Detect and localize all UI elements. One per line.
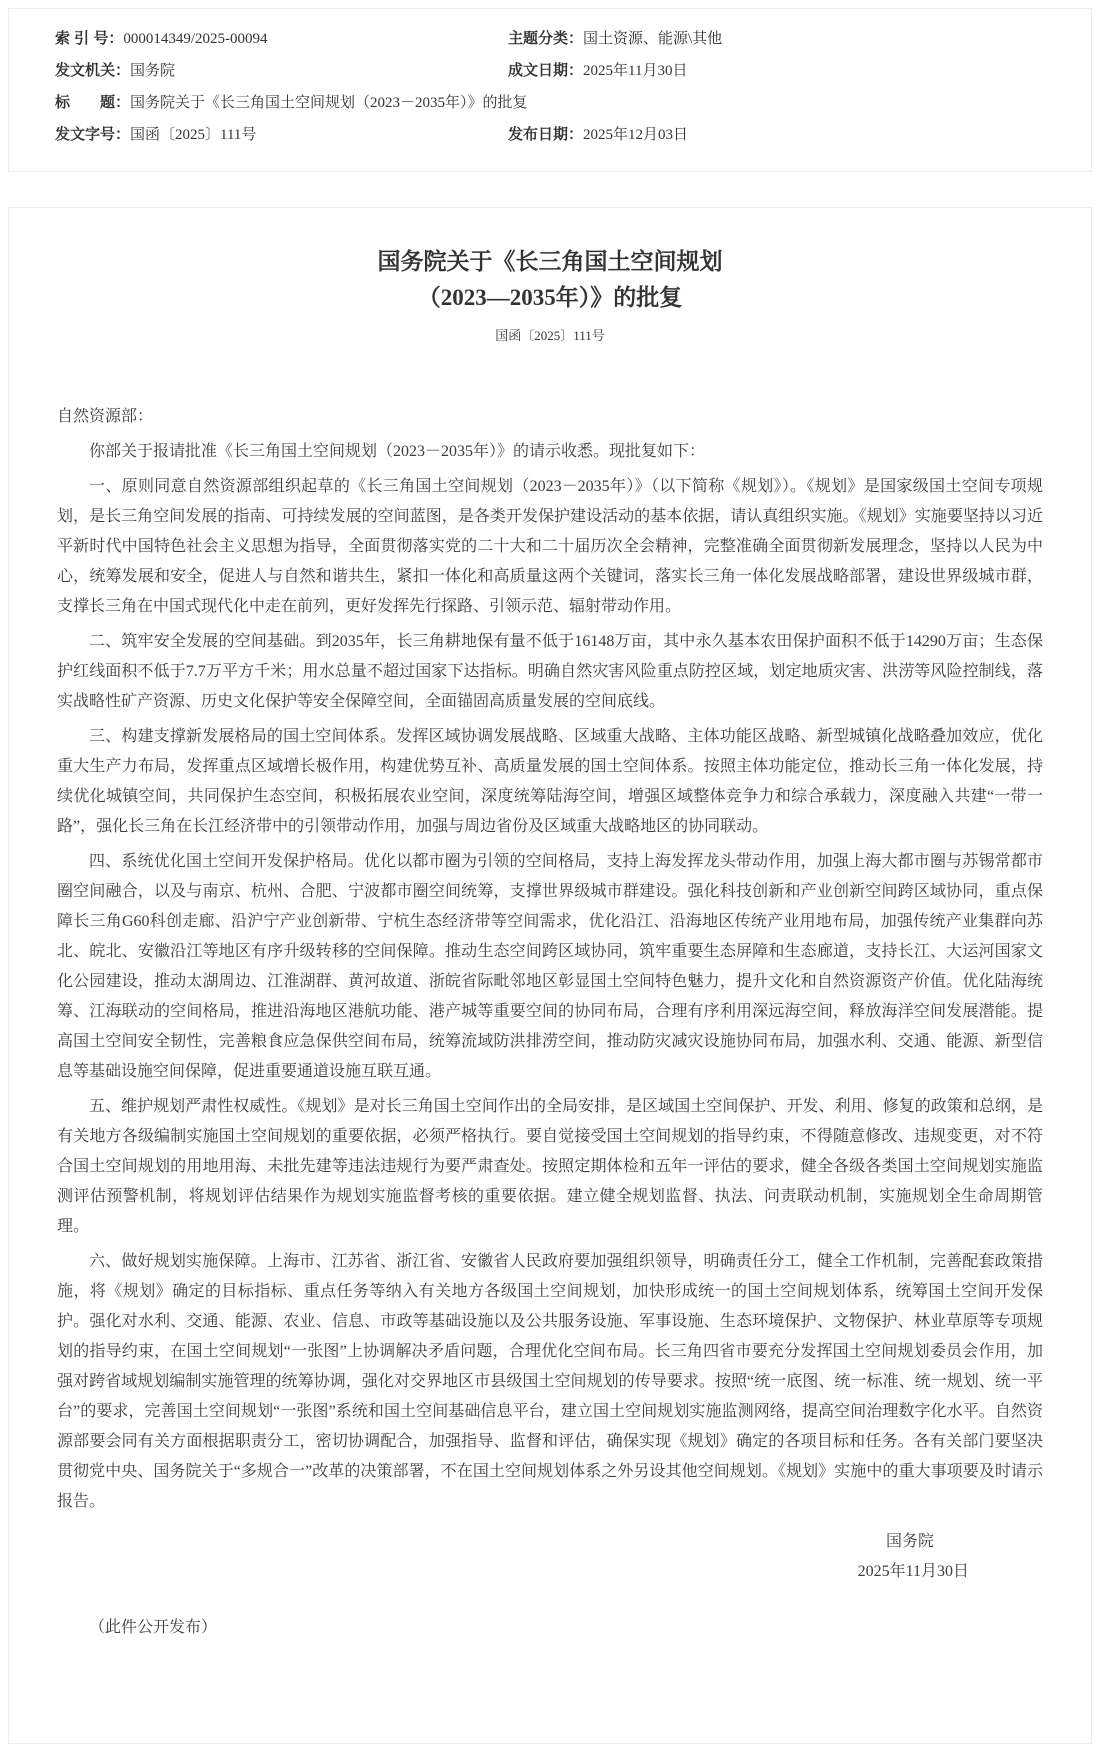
- meta-cell-signed-date: 成文日期： 2025年11月30日: [508, 55, 1045, 87]
- meta-value-index-number: 000014349/2025-00094: [123, 23, 267, 55]
- meta-value-signed-date: 2025年11月30日: [583, 55, 687, 87]
- meta-row: 索 引 号： 000014349/2025-00094 主题分类： 国土资源、能…: [55, 23, 1045, 55]
- document-title: 国务院关于《长三角国土空间规划 （2023—2035年）》的批复: [57, 244, 1043, 316]
- meta-value-publish-date: 2025年12月03日: [583, 119, 688, 151]
- body-paragraph-5: 五、维护规划严肃性权威性。《规划》是对长三角国土空间作出的全局安排，是区域国土空…: [57, 1092, 1043, 1242]
- meta-label-publish-date: 发布日期：: [508, 119, 583, 151]
- document-info-panel: 索 引 号： 000014349/2025-00094 主题分类： 国土资源、能…: [8, 8, 1092, 172]
- meta-cell-index-number: 索 引 号： 000014349/2025-00094: [55, 23, 508, 55]
- meta-label-document-symbol: 发文字号：: [55, 119, 130, 151]
- document-title-line1: 国务院关于《长三角国土空间规划: [57, 244, 1043, 280]
- meta-row: 标 题： 国务院关于《长三角国土空间规划（2023－2035年）》的批复: [55, 87, 1045, 119]
- meta-row: 发文机关： 国务院 成文日期： 2025年11月30日: [55, 55, 1045, 87]
- meta-label-issuing-agency: 发文机关：: [55, 55, 130, 87]
- document-number: 国函〔2025〕111号: [57, 326, 1043, 346]
- meta-label-index-number: 索 引 号：: [55, 23, 123, 55]
- salutation: 自然资源部：: [57, 402, 1043, 432]
- document-body-panel: 国务院关于《长三角国土空间规划 （2023—2035年）》的批复 国函〔2025…: [8, 207, 1092, 1744]
- document-body: 自然资源部： 你部关于报请批准《长三角国土空间规划（2023－2035年）》的请…: [57, 402, 1043, 1643]
- meta-value-document-symbol: 国函〔2025〕111号: [130, 119, 256, 151]
- document-title-line2: （2023—2035年）》的批复: [57, 280, 1043, 316]
- body-paragraph-4: 四、系统优化国土空间开发保护格局。优化以都市圈为引领的空间格局，支持上海发挥龙头…: [57, 847, 1043, 1087]
- meta-cell-issuing-agency: 发文机关： 国务院: [55, 55, 508, 87]
- signature-date: 2025年11月30日: [57, 1557, 1043, 1587]
- meta-label-signed-date: 成文日期：: [508, 55, 583, 87]
- body-paragraph-3: 三、构建支撑新发展格局的国土空间体系。发挥区域协调发展战略、区域重大战略、主体功…: [57, 722, 1043, 842]
- body-paragraph-1: 一、原则同意自然资源部组织起草的《长三角国土空间规划（2023－2035年）》（…: [57, 472, 1043, 622]
- meta-label-topic-category: 主题分类：: [508, 23, 583, 55]
- body-paragraph-2: 二、筑牢安全发展的空间基础。到2035年，长三角耕地保有量不低于16148万亩，…: [57, 627, 1043, 717]
- public-release-note: （此件公开发布）: [57, 1613, 1043, 1643]
- document-page: 索 引 号： 000014349/2025-00094 主题分类： 国土资源、能…: [0, 8, 1100, 1744]
- meta-cell-topic-category: 主题分类： 国土资源、能源\其他: [508, 23, 1045, 55]
- body-paragraph-intro: 你部关于报请批准《长三角国土空间规划（2023－2035年）》的请示收悉。现批复…: [57, 437, 1043, 467]
- meta-value-title: 国务院关于《长三角国土空间规划（2023－2035年）》的批复: [130, 87, 528, 119]
- meta-cell-document-symbol: 发文字号： 国函〔2025〕111号: [55, 119, 508, 151]
- body-paragraph-6: 六、做好规划实施保障。上海市、江苏省、浙江省、安徽省人民政府要加强组织领导，明确…: [57, 1247, 1043, 1517]
- signature-org: 国务院: [57, 1527, 1043, 1557]
- meta-cell-title: 标 题： 国务院关于《长三角国土空间规划（2023－2035年）》的批复: [55, 87, 1045, 119]
- meta-value-issuing-agency: 国务院: [130, 55, 175, 87]
- meta-row: 发文字号： 国函〔2025〕111号 发布日期： 2025年12月03日: [55, 119, 1045, 151]
- meta-label-title: 标 题：: [55, 87, 130, 119]
- meta-value-topic-category: 国土资源、能源\其他: [583, 23, 722, 55]
- meta-cell-publish-date: 发布日期： 2025年12月03日: [508, 119, 1045, 151]
